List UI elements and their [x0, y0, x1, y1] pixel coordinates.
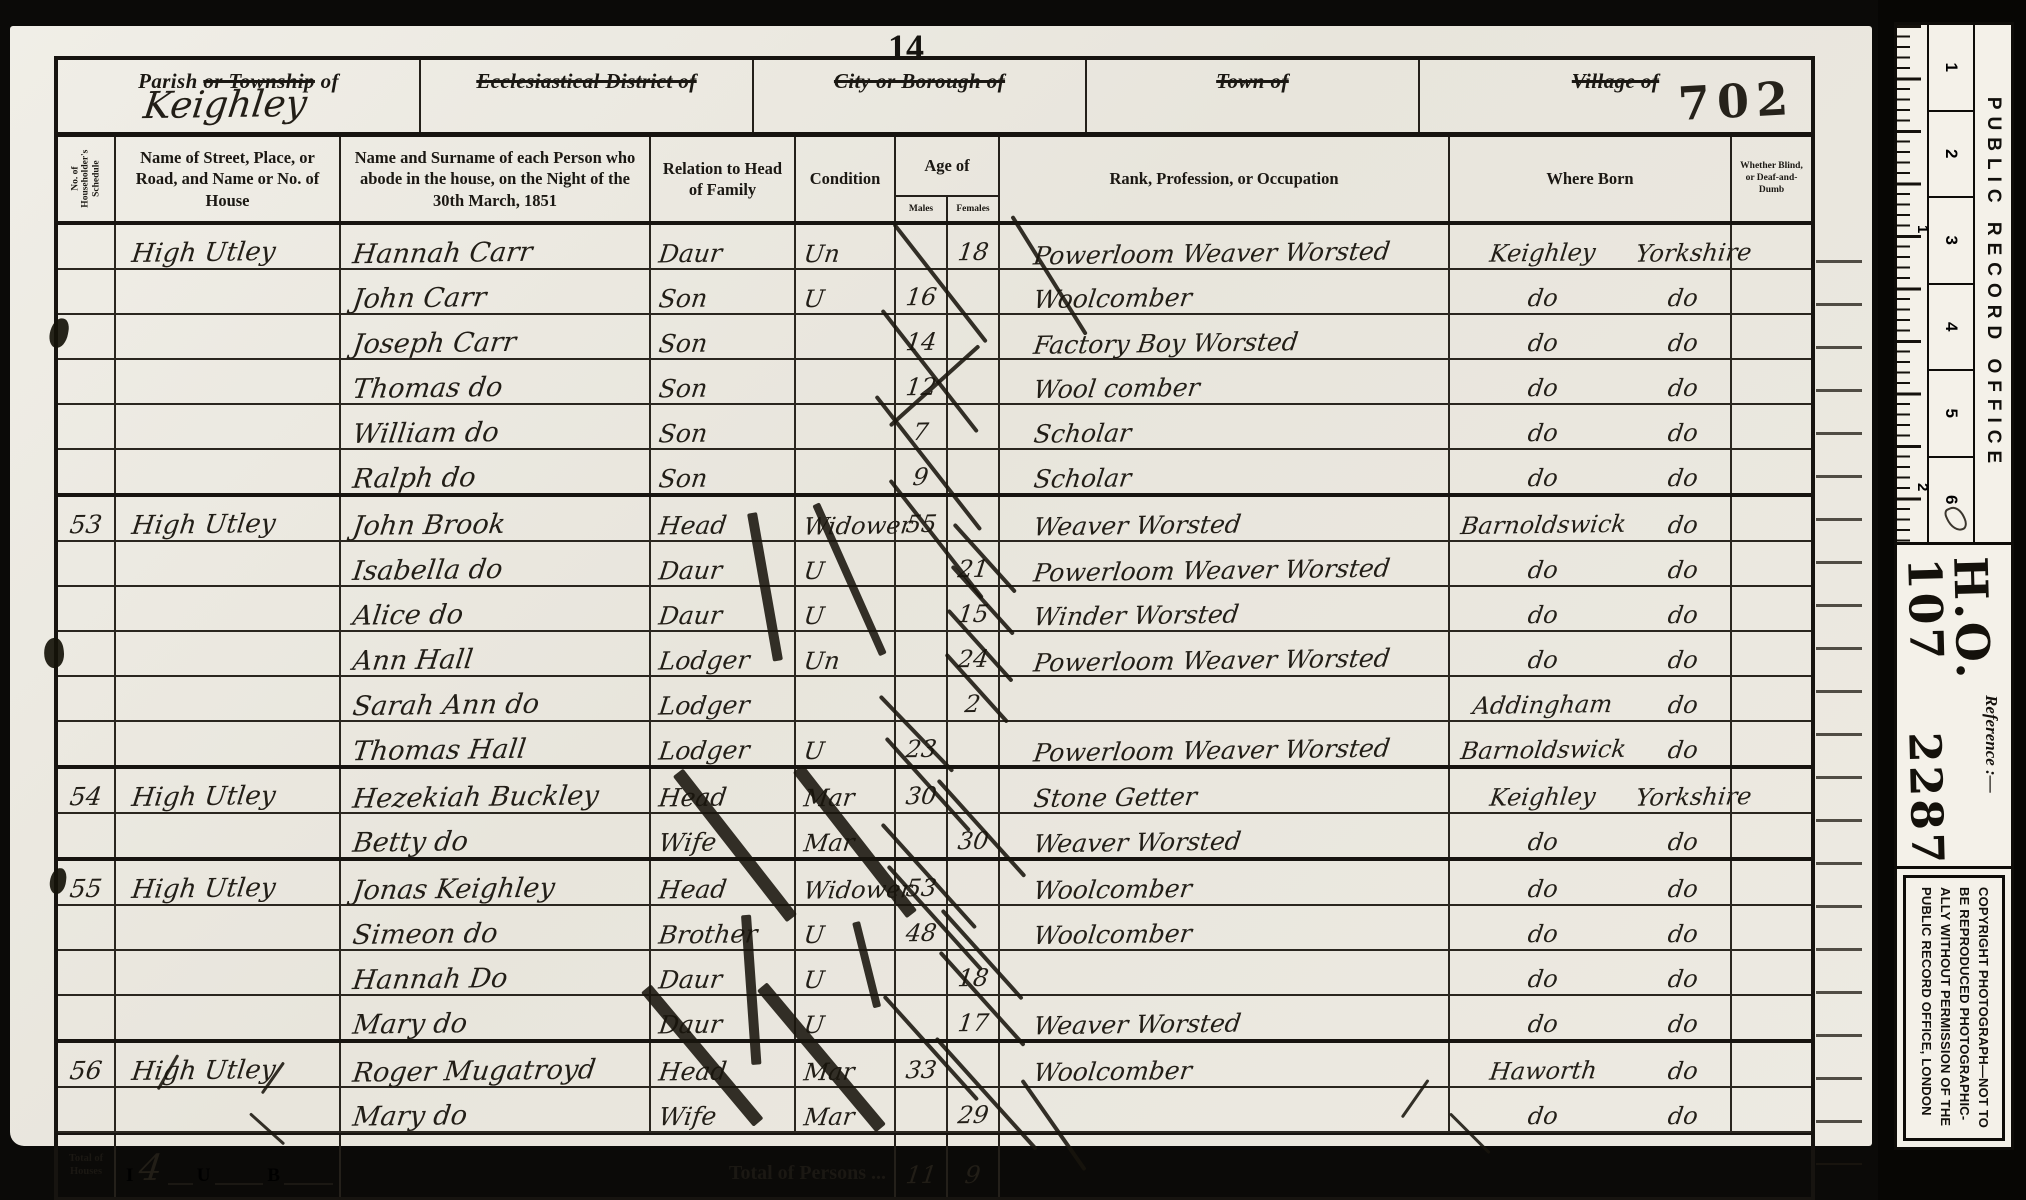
town-cell: Town of: [1087, 60, 1420, 132]
occupation-cell: Winder Worsted: [1000, 587, 1450, 630]
age-male-cell: 12: [896, 360, 948, 403]
name-cell: Joseph Carr: [341, 315, 651, 358]
blind-deaf-cell: [1732, 542, 1811, 585]
schedule-number-cell: [58, 542, 116, 585]
age-male-cell: 48: [896, 906, 948, 949]
uninhabited-line: [215, 1181, 264, 1185]
city-borough-label: City or Borough of: [834, 69, 1005, 93]
schedule-number-cell: [58, 814, 116, 857]
col-header-blind: Whether Blind, or Deaf-and-Dumb: [1732, 137, 1811, 221]
age-male-cell: [896, 1088, 948, 1131]
age-female-cell: [948, 906, 1000, 949]
total-females: 9: [948, 1135, 1000, 1197]
condition-cell: [796, 360, 896, 403]
age-male-cell: 14: [896, 315, 948, 358]
age-male-cell: 23: [896, 722, 948, 765]
age-female-cell: 15: [948, 587, 1000, 630]
inhabited-value: 4: [137, 1151, 165, 1187]
parish-cell: Parish or Township of Keighley: [58, 60, 421, 132]
parish-handwritten-value: Keighley: [142, 85, 310, 124]
occupation-cell: Scholar: [1000, 450, 1450, 493]
blind-deaf-cell: [1732, 861, 1811, 904]
age-female-cell: [948, 405, 1000, 448]
table-row: Mary doWifeMar29dodo: [58, 1088, 1811, 1133]
form-heading-band: Parish or Township of Keighley Ecclesias…: [58, 60, 1811, 137]
ruler-number-1: 1: [1914, 225, 1931, 233]
folio-stamp: 702: [1677, 71, 1797, 131]
age-male-cell: [896, 632, 948, 675]
age-male-cell: 7: [896, 405, 948, 448]
name-cell: Ralph do: [341, 450, 651, 493]
blind-deaf-cell: [1732, 270, 1811, 313]
schedule-number-cell: [58, 906, 116, 949]
born-cell: dodo: [1450, 270, 1732, 313]
age-female-cell: 29: [948, 1088, 1000, 1131]
street-cell: [116, 1088, 341, 1131]
street-cell: [116, 996, 341, 1039]
pro-scale-cell: 4: [1929, 285, 1973, 372]
census-form: Parish or Township of Keighley Ecclesias…: [54, 56, 1815, 1200]
pro-reference-section: Reference :— H.O. 107 2287: [1897, 545, 2011, 869]
relation-cell: Lodger: [651, 632, 796, 675]
born-cell: dodo: [1450, 360, 1732, 403]
relation-cell: Lodger: [651, 722, 796, 765]
occupation-cell: Woolcomber: [1000, 270, 1450, 313]
age-female-cell: [948, 497, 1000, 540]
pro-reference-strip: PUBLIC RECORD OFFICE 123456 1 2 Referenc…: [1878, 0, 2026, 1200]
ecclesiastical-label: Ecclesiastical District of: [476, 69, 696, 93]
name-cell: Sarah Ann do: [341, 677, 651, 720]
city-borough-cell: City or Borough of: [754, 60, 1087, 132]
row-rule-margin-dashes: [1816, 260, 1862, 1165]
blind-deaf-cell: [1732, 632, 1811, 675]
occupation-cell: Stone Getter: [1000, 769, 1450, 812]
blind-deaf-cell: [1732, 450, 1811, 493]
name-cell: Thomas Hall: [341, 722, 651, 765]
age-female-cell: [948, 769, 1000, 812]
blind-deaf-cell: [1732, 814, 1811, 857]
occupation-cell: [1000, 677, 1450, 720]
condition-cell: U: [796, 996, 896, 1039]
village-label: Village of: [1572, 69, 1659, 93]
table-row: Ann HallLodgerUn24Powerloom Weaver Worst…: [58, 632, 1811, 677]
occupation-cell: [1000, 951, 1450, 994]
age-female-cell: 18: [948, 951, 1000, 994]
condition-cell: [796, 677, 896, 720]
table-row: Joseph CarrSon14Factory Boy Worsteddodo: [58, 315, 1811, 360]
col-header-born: Where Born: [1450, 137, 1732, 221]
born-cell: dodo: [1450, 315, 1732, 358]
table-row: 55High UtleyJonas KeighleyHeadWidower53W…: [58, 861, 1811, 906]
name-cell: Alice do: [341, 587, 651, 630]
occupation-cell: [1000, 1088, 1450, 1131]
building-line: [284, 1181, 333, 1185]
age-female-cell: 24: [948, 632, 1000, 675]
street-cell: High Utley: [116, 1043, 341, 1086]
occupation-cell: Factory Boy Worsted: [1000, 315, 1450, 358]
schedule-number-cell: [58, 360, 116, 403]
blind-deaf-cell: [1732, 405, 1811, 448]
pro-scale-cell: 1: [1929, 25, 1973, 112]
blind-deaf-cell: [1732, 587, 1811, 630]
condition-cell: Un: [796, 632, 896, 675]
pro-scale-cell: 5: [1929, 371, 1973, 458]
occupation-cell: Weaver Worsted: [1000, 497, 1450, 540]
occupation-cell: Scholar: [1000, 405, 1450, 448]
age-male-cell: [896, 814, 948, 857]
relation-cell: Daur: [651, 951, 796, 994]
born-cell: Haworthdo: [1450, 1043, 1732, 1086]
name-cell: Simeon do: [341, 906, 651, 949]
street-cell: [116, 632, 341, 675]
occupation-cell: Wool comber: [1000, 360, 1450, 403]
name-cell: William do: [341, 405, 651, 448]
schedule-number-cell: 55: [58, 861, 116, 904]
born-cell: dodo: [1450, 814, 1732, 857]
street-cell: [116, 450, 341, 493]
table-row: 56High UtleyRoger MugatroydHeadMar33Wool…: [58, 1043, 1811, 1088]
schedule-number-cell: [58, 996, 116, 1039]
relation-cell: Wife: [651, 814, 796, 857]
age-female-cell: 18: [948, 225, 1000, 268]
condition-cell: U: [796, 951, 896, 994]
name-cell: Jonas Keighley: [341, 861, 651, 904]
col-header-age: Age of Males Females: [896, 137, 1000, 221]
condition-cell: U: [796, 722, 896, 765]
reference-stamps: H.O. 107 2287: [1903, 557, 1995, 866]
reference-piece-stamp: 2287: [1901, 731, 1949, 867]
copyright-line: PUBLIC RECORD OFFICE, LONDON: [1916, 887, 1935, 1129]
blind-deaf-cell: [1732, 497, 1811, 540]
blind-deaf-cell: [1732, 360, 1811, 403]
occupation-cell: Woolcomber: [1000, 861, 1450, 904]
condition-cell: U: [796, 270, 896, 313]
table-row: 54High UtleyHezekiah BuckleyHeadMar30Sto…: [58, 769, 1811, 814]
name-cell: Hannah Do: [341, 951, 651, 994]
street-cell: [116, 814, 341, 857]
age-male-cell: [896, 542, 948, 585]
born-cell: dodo: [1450, 542, 1732, 585]
pro-reference-card: PUBLIC RECORD OFFICE 123456 1 2 Referenc…: [1894, 22, 2014, 1150]
born-cell: dodo: [1450, 951, 1732, 994]
occupation-cell: Powerloom Weaver Worsted: [1000, 542, 1450, 585]
schedule-number-cell: 56: [58, 1043, 116, 1086]
street-cell: [116, 587, 341, 630]
occupation-cell: Weaver Worsted: [1000, 996, 1450, 1039]
occupation-cell: Powerloom Weaver Worsted: [1000, 225, 1450, 268]
col-header-relation: Relation to Head of Family: [651, 137, 796, 221]
age-female-cell: [948, 722, 1000, 765]
schedule-number-cell: [58, 632, 116, 675]
blind-deaf-cell: [1732, 1043, 1811, 1086]
age-female-cell: [948, 1043, 1000, 1086]
table-row: Isabella doDaurU21Powerloom Weaver Worst…: [58, 542, 1811, 587]
condition-cell: Mar: [796, 1088, 896, 1131]
name-cell: John Carr: [341, 270, 651, 313]
occupation-cell: Woolcomber: [1000, 1043, 1450, 1086]
relation-cell: Daur: [651, 225, 796, 268]
condition-cell: Mar: [796, 769, 896, 812]
col-header-occupation: Rank, Profession, or Occupation: [1000, 137, 1450, 221]
relation-cell: Head: [651, 497, 796, 540]
table-row: Betty doWifeMar30Weaver Worsteddodo: [58, 814, 1811, 861]
age-female-cell: [948, 360, 1000, 403]
born-cell: KeighleyYorkshire: [1450, 225, 1732, 268]
schedule-number-cell: [58, 225, 116, 268]
born-cell: dodo: [1450, 405, 1732, 448]
condition-cell: U: [796, 587, 896, 630]
occupation-cell: Powerloom Weaver Worsted: [1000, 722, 1450, 765]
condition-cell: Widower: [796, 497, 896, 540]
born-cell: dodo: [1450, 996, 1732, 1039]
name-cell: Hezekiah Buckley: [341, 769, 651, 812]
age-male-cell: [896, 677, 948, 720]
town-label: Town of: [1216, 69, 1289, 93]
copyright-line: COPYRIGHT PHOTOGRAPH—NOT TO: [1973, 887, 1992, 1129]
col-header-schedule: No. of Householder's Schedule: [58, 137, 116, 221]
street-cell: High Utley: [116, 225, 341, 268]
blind-deaf-cell: [1732, 315, 1811, 358]
born-cell: dodo: [1450, 450, 1732, 493]
col-header-females: Females: [946, 197, 998, 221]
condition-cell: [796, 405, 896, 448]
census-page-scan: 14 Parish or Township of Keighley Eccles…: [0, 0, 2026, 1200]
table-row: Thomas doSon12Wool comberdodo: [58, 360, 1811, 405]
schedule-number-cell: 53: [58, 497, 116, 540]
age-female-cell: 2: [948, 677, 1000, 720]
table-row: John CarrSonU16Woolcomberdodo: [58, 270, 1811, 315]
building-label: B: [267, 1165, 280, 1187]
document-paper: 14 Parish or Township of Keighley Eccles…: [10, 26, 1872, 1146]
pro-title: PUBLIC RECORD OFFICE: [1975, 25, 2011, 542]
born-cell: Barnoldswickdo: [1450, 722, 1732, 765]
copyright-line: BE REPRODUCED PHOTOGRAPHIC-: [1954, 887, 1973, 1129]
inhabited-label: I: [126, 1165, 133, 1187]
table-row: Hannah DoDaurU18dodo: [58, 951, 1811, 996]
pro-scale-cell: 6: [1929, 458, 1973, 543]
col-header-condition: Condition: [796, 137, 896, 221]
condition-cell: Mar: [796, 1043, 896, 1086]
street-cell: [116, 360, 341, 403]
table-row: Sarah Ann doLodger2Addinghamdo: [58, 677, 1811, 722]
relation-cell: Lodger: [651, 677, 796, 720]
age-male-cell: 16: [896, 270, 948, 313]
schedule-number-cell: [58, 951, 116, 994]
street-cell: High Utley: [116, 497, 341, 540]
born-cell: dodo: [1450, 632, 1732, 675]
condition-cell: Widower: [796, 861, 896, 904]
street-cell: [116, 542, 341, 585]
age-male-cell: 9: [896, 450, 948, 493]
pro-scale-cell: 2: [1929, 112, 1973, 199]
table-row: Mary doDaurU17Weaver Worsteddodo: [58, 996, 1811, 1043]
table-row: Simeon doBrotherU48Woolcomberdodo: [58, 906, 1811, 951]
copyright-notice: COPYRIGHT PHOTOGRAPH—NOT TOBE REPRODUCED…: [1903, 875, 2005, 1141]
relation-cell: Son: [651, 450, 796, 493]
totals-row: Total of Houses I 4 U B Total of Persons…: [58, 1133, 1811, 1197]
age-female-cell: [948, 450, 1000, 493]
pen-scribble: [1942, 503, 1969, 534]
name-cell: Mary do: [341, 996, 651, 1039]
table-row: High UtleyHannah CarrDaurUn18Powerloom W…: [58, 225, 1811, 270]
relation-cell: Daur: [651, 542, 796, 585]
relation-cell: Daur: [651, 996, 796, 1039]
reference-series-stamp: H.O. 107: [1901, 556, 1997, 699]
schedule-number-cell: [58, 1088, 116, 1131]
name-cell: John Brook: [341, 497, 651, 540]
name-cell: Ann Hall: [341, 632, 651, 675]
age-male-cell: 30: [896, 769, 948, 812]
street-cell: High Utley: [116, 769, 341, 812]
name-cell: Roger Mugatroyd: [341, 1043, 651, 1086]
condition-cell: Un: [796, 225, 896, 268]
born-cell: dodo: [1450, 906, 1732, 949]
relation-cell: Head: [651, 861, 796, 904]
occupation-cell: Powerloom Weaver Worsted: [1000, 632, 1450, 675]
street-cell: [116, 677, 341, 720]
totals-spacer: [1000, 1135, 1811, 1197]
pro-scale-cell: 3: [1929, 198, 1973, 285]
name-cell: Isabella do: [341, 542, 651, 585]
age-female-cell: [948, 861, 1000, 904]
table-row: William doSon7Scholardodo: [58, 405, 1811, 450]
relation-cell: Son: [651, 270, 796, 313]
schedule-number-cell: [58, 677, 116, 720]
schedule-number-cell: 54: [58, 769, 116, 812]
street-cell: [116, 906, 341, 949]
col-header-name: Name and Surname of each Person who abod…: [341, 137, 651, 221]
inhabited-line: [168, 1181, 192, 1185]
total-houses-values: I 4 U B: [116, 1135, 341, 1197]
name-cell: Thomas do: [341, 360, 651, 403]
blind-deaf-cell: [1732, 1088, 1811, 1131]
census-rows: High UtleyHannah CarrDaurUn18Powerloom W…: [58, 225, 1811, 1133]
uninhabited-label: U: [197, 1165, 211, 1187]
relation-cell: Brother: [651, 906, 796, 949]
name-cell: Hannah Carr: [341, 225, 651, 268]
col-header-street: Name of Street, Place, or Road, and Name…: [116, 137, 341, 221]
born-cell: dodo: [1450, 587, 1732, 630]
name-cell: Betty do: [341, 814, 651, 857]
name-cell: Mary do: [341, 1088, 651, 1131]
occupation-cell: Woolcomber: [1000, 906, 1450, 949]
age-male-cell: 33: [896, 1043, 948, 1086]
schedule-number-cell: [58, 270, 116, 313]
condition-cell: U: [796, 906, 896, 949]
table-row: Thomas HallLodgerU23Powerloom Weaver Wor…: [58, 722, 1811, 769]
age-female-cell: 21: [948, 542, 1000, 585]
blind-deaf-cell: [1732, 722, 1811, 765]
born-cell: dodo: [1450, 861, 1732, 904]
schedule-number-cell: [58, 722, 116, 765]
table-row: Ralph doSon9Scholardodo: [58, 450, 1811, 497]
street-cell: [116, 270, 341, 313]
relation-cell: Son: [651, 360, 796, 403]
column-header-row: No. of Householder's Schedule Name of St…: [58, 137, 1811, 225]
blind-deaf-cell: [1732, 996, 1811, 1039]
condition-cell: U: [796, 542, 896, 585]
copyright-line: ALLY WITHOUT PERMISSION OF THE: [1935, 887, 1954, 1129]
born-cell: KeighleyYorkshire: [1450, 769, 1732, 812]
age-male-cell: [896, 587, 948, 630]
born-cell: Barnoldswickdo: [1450, 497, 1732, 540]
schedule-number-cell: [58, 587, 116, 630]
age-female-cell: 30: [948, 814, 1000, 857]
street-cell: [116, 315, 341, 358]
relation-cell: Wife: [651, 1088, 796, 1131]
ruler-number-2: 2: [1914, 483, 1931, 491]
born-cell: dodo: [1450, 1088, 1732, 1131]
age-female-cell: [948, 270, 1000, 313]
blind-deaf-cell: [1732, 677, 1811, 720]
relation-cell: Daur: [651, 587, 796, 630]
table-row: Alice doDaurU15Winder Worsteddodo: [58, 587, 1811, 632]
condition-cell: [796, 450, 896, 493]
street-cell: High Utley: [116, 861, 341, 904]
village-cell: Village of 702: [1420, 60, 1811, 132]
relation-cell: Son: [651, 315, 796, 358]
condition-cell: Mar: [796, 814, 896, 857]
age-female-cell: 17: [948, 996, 1000, 1039]
total-houses-label: Total of Houses: [58, 1135, 116, 1197]
condition-cell: [796, 315, 896, 358]
blind-deaf-cell: [1732, 951, 1811, 994]
pro-ruler-section: PUBLIC RECORD OFFICE 123456 1 2: [1897, 25, 2011, 545]
age-male-cell: [896, 225, 948, 268]
schedule-number-cell: [58, 450, 116, 493]
occupation-cell: Weaver Worsted: [1000, 814, 1450, 857]
relation-cell: Son: [651, 405, 796, 448]
street-cell: [116, 405, 341, 448]
street-cell: [116, 951, 341, 994]
pro-scale-cells: 123456: [1927, 25, 1975, 542]
table-row: 53High UtleyJohn BrookHeadWidower55Weave…: [58, 497, 1811, 542]
born-cell: Addinghamdo: [1450, 677, 1732, 720]
street-cell: [116, 722, 341, 765]
relation-cell: Head: [651, 1043, 796, 1086]
ruler-ticks: 1 2: [1897, 25, 1927, 542]
total-males: 11: [896, 1135, 948, 1197]
schedule-number-cell: [58, 405, 116, 448]
ecclesiastical-cell: Ecclesiastical District of: [421, 60, 754, 132]
relation-cell: Head: [651, 769, 796, 812]
age-male-cell: [896, 951, 948, 994]
age-female-cell: [948, 315, 1000, 358]
col-header-males: Males: [896, 197, 946, 221]
blind-deaf-cell: [1732, 906, 1811, 949]
total-persons-label: Total of Persons ...: [341, 1135, 896, 1197]
age-male-cell: [896, 996, 948, 1039]
